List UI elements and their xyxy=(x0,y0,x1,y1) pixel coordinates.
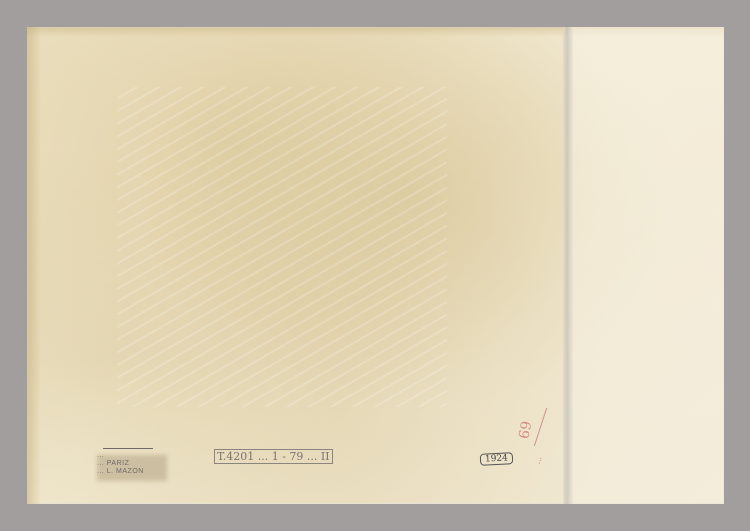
stamp-line-4: ... L. MAZON xyxy=(97,468,207,476)
red-small-annotation: ... xyxy=(532,455,544,465)
surface-scratches xyxy=(117,87,447,407)
right-paper-strip xyxy=(573,27,724,504)
red-annotation: 69 xyxy=(516,420,535,440)
inventory-number: T.4201 ... 1 - 79 ... II xyxy=(214,449,333,464)
date-label: 1924 xyxy=(480,452,513,466)
stamp-line-3: ... PARIZ xyxy=(97,460,207,468)
inventory-text: T.4201 ... 1 - 79 ... II xyxy=(214,449,333,464)
collection-stamp: ... ... PARIZ ... L. MAZON xyxy=(97,445,207,491)
red-pencil-line xyxy=(534,408,547,446)
paper-sheet: ... ... PARIZ ... L. MAZON T.4201 ... 1 … xyxy=(27,27,724,504)
vertical-fold xyxy=(563,27,573,504)
stamp-line-2: ... xyxy=(97,452,207,460)
left-edge-stain xyxy=(27,27,41,504)
stamp-rule xyxy=(103,448,153,449)
